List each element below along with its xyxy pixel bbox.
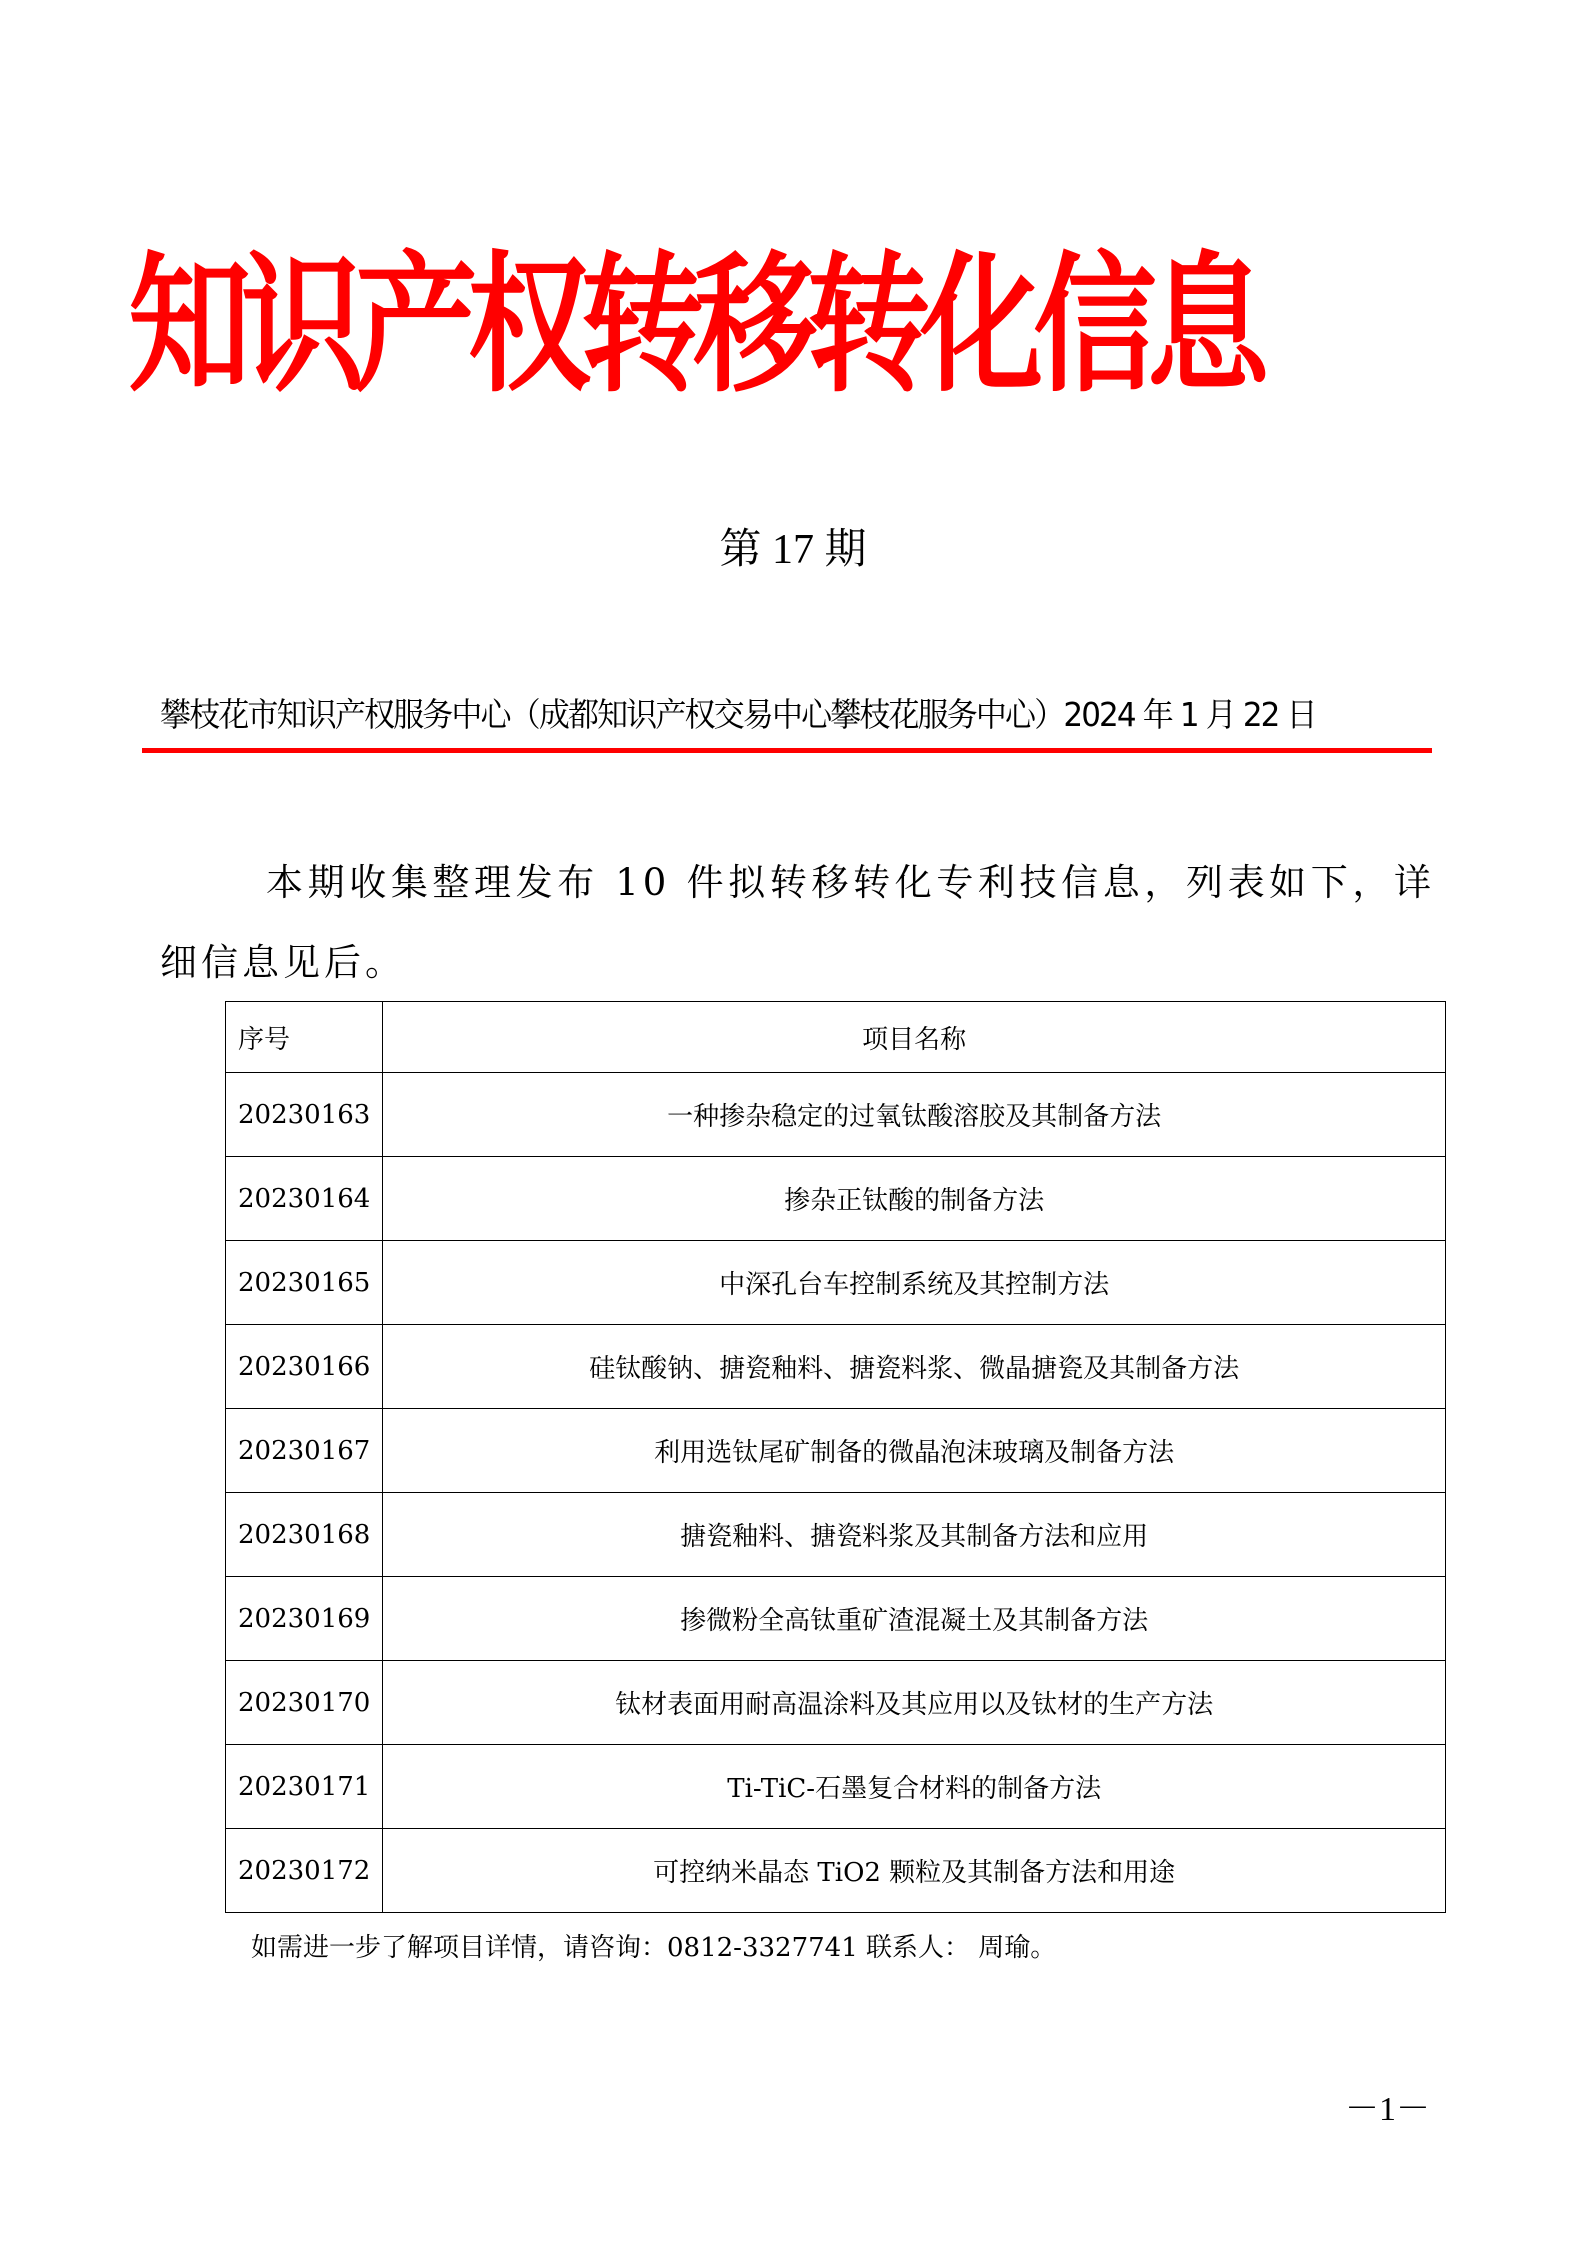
row-id: 20230169 xyxy=(226,1577,383,1661)
row-name: 掺微粉全高钛重矿渣混凝土及其制备方法 xyxy=(383,1577,1446,1661)
row-name: 中深孔台车控制系统及其控制方法 xyxy=(383,1241,1446,1325)
contact-info: 如需进一步了解项目详情，请咨询：0812-3327741 联系人： 周瑜。 xyxy=(251,1928,1056,1968)
row-name: 硅钛酸钠、搪瓷釉料、搪瓷料浆、微晶搪瓷及其制备方法 xyxy=(383,1325,1446,1409)
row-id: 20230171 xyxy=(226,1745,383,1829)
table-row: 20230164 掺杂正钛酸的制备方法 xyxy=(226,1157,1446,1241)
table-row: 20230165 中深孔台车控制系统及其控制方法 xyxy=(226,1241,1446,1325)
header-serial-number: 序号 xyxy=(226,1002,383,1073)
row-id: 20230164 xyxy=(226,1157,383,1241)
red-divider-rule xyxy=(142,748,1432,753)
row-id: 20230172 xyxy=(226,1829,383,1913)
table-row: 20230163 一种掺杂稳定的过氧钛酸溶胶及其制备方法 xyxy=(226,1073,1446,1157)
row-id: 20230167 xyxy=(226,1409,383,1493)
table-row: 20230169 掺微粉全高钛重矿渣混凝土及其制备方法 xyxy=(226,1577,1446,1661)
row-id: 20230170 xyxy=(226,1661,383,1745)
row-id: 20230163 xyxy=(226,1073,383,1157)
row-name: Ti-TiC-石墨复合材料的制备方法 xyxy=(383,1745,1446,1829)
table-row: 20230168 搪瓷釉料、搪瓷料浆及其制备方法和应用 xyxy=(226,1493,1446,1577)
issue-number: 第 17 期 xyxy=(0,520,1586,580)
table-row: 20230166 硅钛酸钠、搪瓷釉料、搪瓷料浆、微晶搪瓷及其制备方法 xyxy=(226,1325,1446,1409)
row-name: 搪瓷釉料、搪瓷料浆及其制备方法和应用 xyxy=(383,1493,1446,1577)
masthead-title: 知识产权转移转化信息 xyxy=(120,240,1268,410)
patent-list-table: 序号 项目名称 20230163 一种掺杂稳定的过氧钛酸溶胶及其制备方法 202… xyxy=(225,1001,1446,1913)
row-name: 一种掺杂稳定的过氧钛酸溶胶及其制备方法 xyxy=(383,1073,1446,1157)
page-number: －1－ xyxy=(1345,2090,1430,2130)
table-header-row: 序号 项目名称 xyxy=(226,1002,1446,1073)
row-name: 利用选钛尾矿制备的微晶泡沫玻璃及制备方法 xyxy=(383,1409,1446,1493)
table-row: 20230172 可控纳米晶态 TiO2 颗粒及其制备方法和用途 xyxy=(226,1829,1446,1913)
intro-section: 本期收集整理发布 10 件拟转移转化专利技信息，列表如下，详细信息见后。 xyxy=(160,843,1435,1003)
row-name: 掺杂正钛酸的制备方法 xyxy=(383,1157,1446,1241)
table-row: 20230170 钛材表面用耐高温涂料及其应用以及钛材的生产方法 xyxy=(226,1661,1446,1745)
publisher-date-line: 攀枝花市知识产权服务中心（成都知识产权交易中心攀枝花服务中心）2024 年 1 … xyxy=(160,690,1354,740)
table-row: 20230167 利用选钛尾矿制备的微晶泡沫玻璃及制备方法 xyxy=(226,1409,1446,1493)
intro-paragraph: 本期收集整理发布 10 件拟转移转化专利技信息，列表如下，详细信息见后。 xyxy=(160,843,1435,1003)
row-id: 20230166 xyxy=(226,1325,383,1409)
row-name: 可控纳米晶态 TiO2 颗粒及其制备方法和用途 xyxy=(383,1829,1446,1913)
header-project-name: 项目名称 xyxy=(383,1002,1446,1073)
table-row: 20230171 Ti-TiC-石墨复合材料的制备方法 xyxy=(226,1745,1446,1829)
row-name: 钛材表面用耐高温涂料及其应用以及钛材的生产方法 xyxy=(383,1661,1446,1745)
row-id: 20230165 xyxy=(226,1241,383,1325)
row-id: 20230168 xyxy=(226,1493,383,1577)
